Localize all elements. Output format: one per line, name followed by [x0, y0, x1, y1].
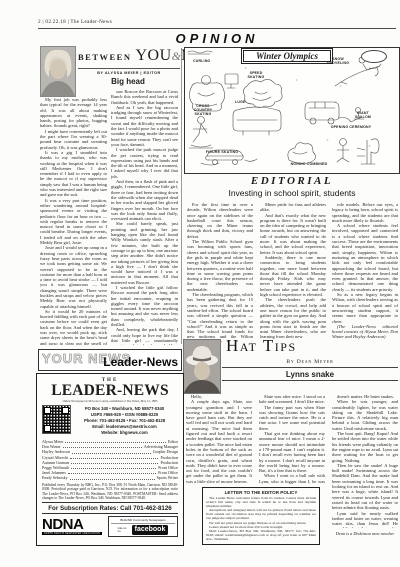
dateline: 2 | 02.22.18 | The Leader-News — [38, 19, 112, 25]
cartoon-label-nordic-combined: NORDIC COMBINED — [287, 163, 331, 167]
hat-tips-column-1: Hello,A couple days ago, Slate, our youn… — [186, 394, 252, 484]
editorial-headline: Investing in school spirit, students — [186, 188, 398, 198]
cartoon-label-luge: LUGE — [235, 101, 246, 105]
byline-alyssa-meier: BY ALYSSA MEIER | EDITOR — [78, 68, 180, 75]
facebook-promo-box: BHG/ND Community Newspapers Like us on f… — [108, 516, 178, 537]
cartoon-label-opening-ceremony: OPENING CEREMONY — [325, 126, 377, 130]
masthead-contact: PO Box 340 • Washburn, ND 58577-0340 USP… — [71, 405, 178, 436]
column-title-between-you-and-me: Between YOU&ME — [78, 47, 180, 65]
staff-row: Emily SebroskySports Writer — [42, 475, 178, 480]
cartoon-label-snow-shoveling: SNOW SHOVELING — [323, 58, 353, 66]
masthead-name: LEADER-NEWS — [42, 383, 178, 398]
qr-code — [42, 405, 71, 434]
staff-name: Emily Sebrosky — [42, 475, 68, 480]
title-ampersand: & — [172, 49, 181, 63]
newspaper-page: 2 | 02.22.18 | The Leader-News OPINION B… — [0, 0, 400, 567]
banner-brand: Leader-News — [103, 355, 178, 369]
hat-tips-column-3: doesn't matter. He hates snakes.When he … — [332, 394, 398, 528]
letter-policy-body: The Leader-News welcomes letters from it… — [206, 496, 316, 542]
staff-list: Alyssa MeierEditor Don WinterAdvertising… — [42, 439, 178, 481]
cartoon-label-giant-slalom: GIANT SLALOM — [349, 112, 377, 120]
masthead-website: Website: bhgnews.com — [71, 430, 178, 436]
editorial-cartoon: Winter Olympics CURLING SPEED SKATING SN… — [184, 47, 400, 174]
staff-role: Sports Writer — [157, 475, 178, 480]
letter-policy-title: LETTER TO THE EDITOR POLICY — [206, 490, 316, 495]
masthead-box: THE LEADER-NEWS Oldest Newspaper in McLe… — [36, 373, 184, 546]
facebook-logo: facebook — [132, 525, 169, 535]
cartoon-label-cross-country: CROSS COUNTRY SKATING — [187, 105, 219, 117]
byline-dean-meyer: By Dean Meyer — [224, 359, 396, 365]
ndna-logo-text: NDNA — [42, 518, 102, 532]
article-column-1: My first job was probably less than typi… — [40, 97, 107, 345]
title-word-between: Between — [78, 52, 132, 62]
header-rule — [38, 28, 396, 29]
subscription-rates-line: For Subscription Rates: Call 701-462-812… — [42, 502, 178, 514]
hat-tips-headline: Lynns snake — [222, 367, 398, 381]
editorial-section-label: EDITORIAL — [186, 175, 398, 187]
hat-tips-title: Hat Tips — [226, 336, 297, 356]
article-headline-big-head: Big head — [76, 77, 180, 86]
editorial-column-2: Miner pride for fans and athletes alike.… — [260, 202, 326, 342]
editorial-column-3: role models. Before our eyes, a legacy i… — [332, 202, 398, 342]
thumbs-up-icon: Like us on — [118, 527, 130, 533]
title-word-you: YOU — [136, 47, 172, 64]
columnist-photo-dean — [183, 339, 221, 394]
editorial-column-1: For the first time in over a decade, Wil… — [187, 202, 253, 342]
your-news-banner: YOUR NEWS Leader-News — [38, 349, 182, 371]
cartoon-label-figure-skating: FIGURE SKATING — [201, 151, 243, 155]
hat-tips-signature: Dean is a Dickinson area rancher — [332, 531, 398, 536]
opinion-section-title: OPINION — [38, 31, 396, 46]
article-column-2: saw Roscoe the Raccoon at Cross Ranch th… — [111, 89, 178, 345]
cartoon-title: Winter Olympics — [243, 50, 331, 62]
portrait-illustration — [41, 47, 75, 96]
masthead-publication-info: Published every Thursday by BHG, Inc., P… — [42, 483, 178, 500]
ndna-logo: NDNA NORTH DAKOTA NEWSPAPER ASSOCIATION — [42, 518, 102, 535]
ndna-logo-subtext: NORTH DAKOTA NEWSPAPER ASSOCIATION — [42, 532, 102, 535]
letter-policy-box: LETTER TO THE EDITOR POLICY The Leader-N… — [202, 487, 320, 545]
columnist-photo-alyssa — [40, 46, 76, 97]
masthead-established: Oldest Newspaper in McLean County, estab… — [42, 399, 178, 403]
cartoon-label-speed-skating: SPEED SKATING — [243, 72, 269, 80]
cartoon-label-curling: CURLING — [193, 60, 210, 64]
speech-bubble — [361, 50, 387, 63]
column-divider — [181, 48, 182, 344]
portrait-illustration — [184, 340, 220, 393]
hat-tips-column-2: Slate was after mice. I stood on a bale … — [259, 394, 325, 484]
